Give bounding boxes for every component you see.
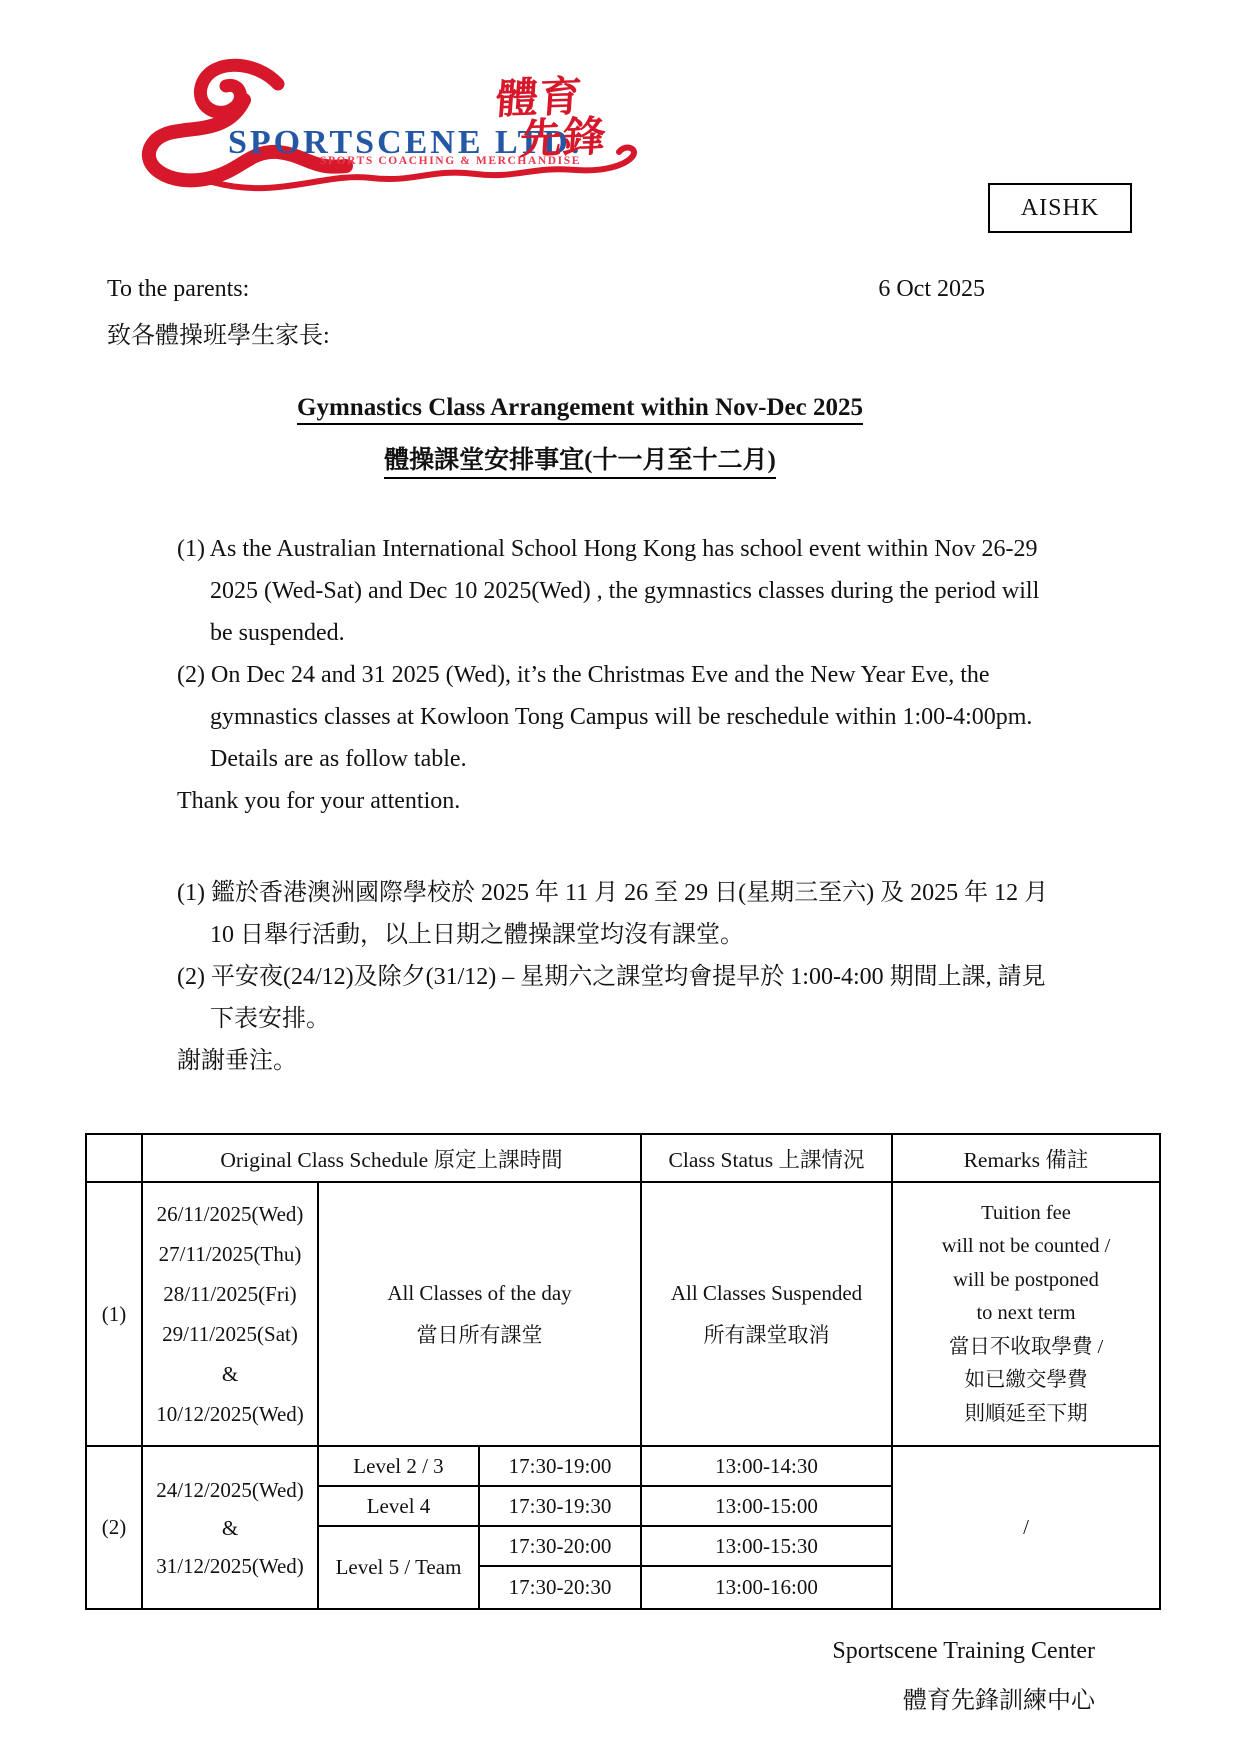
row2-date: 31/12/2025(Wed) bbox=[145, 1547, 315, 1585]
row1-date: & bbox=[145, 1354, 315, 1394]
row2-original-time: 17:30-19:00 bbox=[479, 1446, 641, 1486]
row2-level: Level 2 / 3 bbox=[318, 1446, 479, 1486]
row1-status: All Classes Suspended 所有課堂取消 bbox=[641, 1182, 892, 1446]
row1-dates: 26/11/2025(Wed) 27/11/2025(Thu) 28/11/20… bbox=[142, 1182, 318, 1446]
row1-status-en: All Classes Suspended bbox=[644, 1272, 889, 1314]
page-title-chinese: 體操課堂安排事宜(十一月至十二月) bbox=[384, 440, 776, 479]
row1-date: 28/11/2025(Fri) bbox=[145, 1274, 315, 1314]
body-en-line: gymnastics classes at Kowloon Tong Campu… bbox=[177, 696, 1037, 738]
row1-number: (1) bbox=[86, 1182, 142, 1446]
row2-level: Level 5 / Team bbox=[318, 1526, 479, 1609]
row2-new-time: 13:00-16:00 bbox=[641, 1566, 892, 1609]
body-en-line: (1) As the Australian International Scho… bbox=[177, 528, 1037, 570]
row2-date: 24/12/2025(Wed) bbox=[145, 1471, 315, 1509]
row1-remarks-line: 如已繳交學費 bbox=[895, 1364, 1157, 1398]
header-class-status: Class Status 上課情況 bbox=[641, 1134, 892, 1182]
letter-date: 6 Oct 2025 bbox=[878, 276, 985, 303]
row2-original-time: 17:30-19:30 bbox=[479, 1486, 641, 1526]
body-cn-line: 10 日舉行活動，以上日期之體操課堂均沒有課堂。 bbox=[177, 914, 1057, 956]
row1-schedule-en: All Classes of the day bbox=[321, 1272, 638, 1314]
row2-new-time: 13:00-15:30 bbox=[641, 1526, 892, 1566]
company-name-chinese-top: 體育 bbox=[494, 77, 583, 122]
footer-center-name-chinese: 體育先鋒訓練中心 bbox=[903, 1680, 1095, 1715]
body-cn-line: (1) 鑑於香港澳洲國際學校於 2025 年 11 月 26 至 29 日(星期… bbox=[177, 872, 1057, 914]
row2-new-time: 13:00-14:30 bbox=[641, 1446, 892, 1486]
body-chinese: (1) 鑑於香港澳洲國際學校於 2025 年 11 月 26 至 29 日(星期… bbox=[177, 872, 1057, 1082]
row1-date: 10/12/2025(Wed) bbox=[145, 1394, 315, 1434]
row1-remarks-line: 當日不收取學費 / bbox=[895, 1331, 1157, 1365]
row1-date: 27/11/2025(Thu) bbox=[145, 1234, 315, 1274]
row1-remarks-line: 則順延至下期 bbox=[895, 1398, 1157, 1432]
row2-original-time: 17:30-20:30 bbox=[479, 1566, 641, 1609]
body-english: (1) As the Australian International Scho… bbox=[177, 528, 1037, 822]
body-en-line: be suspended. bbox=[177, 612, 1037, 654]
row2-date: & bbox=[145, 1509, 315, 1547]
row1-remarks-line: to next term bbox=[895, 1297, 1157, 1331]
body-cn-line: 下表安排。 bbox=[177, 998, 1057, 1040]
row2-original-time: 17:30-20:00 bbox=[479, 1526, 641, 1566]
letter-page: SPORTSCENE LTD. SPORTS COACHING & MERCHA… bbox=[0, 0, 1241, 1755]
header-remarks: Remarks 備註 bbox=[892, 1134, 1160, 1182]
table-row-1: (1) 26/11/2025(Wed) 27/11/2025(Thu) 28/1… bbox=[86, 1182, 1160, 1446]
header-blank-cell bbox=[86, 1134, 142, 1182]
row1-status-cn: 所有課堂取消 bbox=[644, 1314, 889, 1356]
row1-remarks-line: will be postponed bbox=[895, 1264, 1157, 1298]
subtitle-row: 體操課堂安排事宜(十一月至十二月) bbox=[90, 440, 1070, 479]
page-title-english: Gymnastics Class Arrangement within Nov-… bbox=[297, 394, 863, 425]
body-en-line: Thank you for your attention. bbox=[177, 780, 1037, 822]
row1-remarks-line: Tuition fee bbox=[895, 1197, 1157, 1231]
row2-number: (2) bbox=[86, 1446, 142, 1609]
title-row: Gymnastics Class Arrangement within Nov-… bbox=[90, 394, 1070, 425]
body-en-line: 2025 (Wed-Sat) and Dec 10 2025(Wed) , th… bbox=[177, 570, 1037, 612]
salutation-english: To the parents: bbox=[107, 276, 249, 303]
row1-date: 29/11/2025(Sat) bbox=[145, 1314, 315, 1354]
row2-dates: 24/12/2025(Wed) & 31/12/2025(Wed) bbox=[142, 1446, 318, 1609]
body-cn-line: 謝謝垂注。 bbox=[177, 1040, 1057, 1082]
header-original-schedule: Original Class Schedule 原定上課時間 bbox=[142, 1134, 641, 1182]
row1-date: 26/11/2025(Wed) bbox=[145, 1194, 315, 1234]
company-name-chinese-bottom: 先鋒 bbox=[518, 117, 607, 162]
row2-new-time: 13:00-15:00 bbox=[641, 1486, 892, 1526]
row1-remarks-line: will not be counted / bbox=[895, 1230, 1157, 1264]
body-cn-line: (2) 平安夜(24/12)及除夕(31/12) – 星期六之課堂均會提早於 1… bbox=[177, 956, 1057, 998]
table-row-2-sub1: (2) 24/12/2025(Wed) & 31/12/2025(Wed) Le… bbox=[86, 1446, 1160, 1486]
row2-level: Level 4 bbox=[318, 1486, 479, 1526]
school-code-box: AISHK bbox=[988, 183, 1132, 233]
body-en-line: Details are as follow table. bbox=[177, 738, 1037, 780]
row1-schedule: All Classes of the day 當日所有課堂 bbox=[318, 1182, 641, 1446]
schedule-table: Original Class Schedule 原定上課時間 Class Sta… bbox=[85, 1133, 1161, 1610]
body-en-line: (2) On Dec 24 and 31 2025 (Wed), it’s th… bbox=[177, 654, 1037, 696]
row2-remarks: / bbox=[892, 1446, 1160, 1609]
row1-schedule-cn: 當日所有課堂 bbox=[321, 1314, 638, 1356]
table-header-row: Original Class Schedule 原定上課時間 Class Sta… bbox=[86, 1134, 1160, 1182]
footer-center-name-english: Sportscene Training Center bbox=[832, 1638, 1095, 1665]
salutation-chinese: 致各體操班學生家長: bbox=[107, 315, 330, 350]
row1-remarks: Tuition fee will not be counted / will b… bbox=[892, 1182, 1160, 1446]
